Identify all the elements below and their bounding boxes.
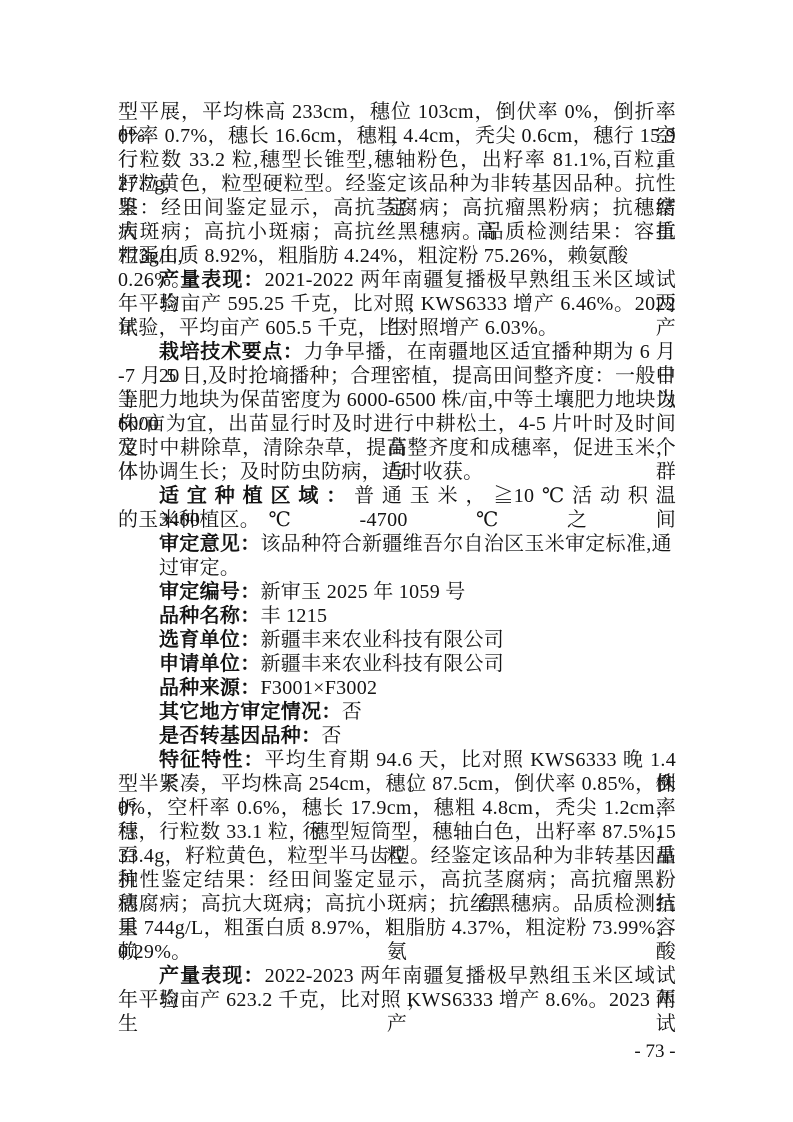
text-line: 年平均亩产 623.2 千克，比对照 KWS6333 增产 8.6%。2023 … — [118, 988, 676, 1012]
text-line: 行，行粒数 33.1 粒，穗型短筒型，穗轴白色，出籽率 87.5%，百粒重 — [118, 820, 676, 844]
field-label: 审定编号： — [159, 581, 261, 603]
text-line: 型平展，平均株高 233cm，穗位 103cm，倒伏率 0%，倒折率 0%，空 — [118, 100, 676, 124]
field-label: 其它地方审定情况： — [159, 701, 342, 723]
line-text: 的玉米种植区。 — [118, 509, 260, 531]
text-line: 选育单位：新疆丰来农业科技有限公司 — [118, 628, 676, 652]
line-text: 重 744g/L，粗蛋白质 8.97%，粗脂肪 4.37%，粗淀粉 73.99%… — [118, 917, 676, 963]
field-label: 审定意见： — [159, 533, 261, 555]
text-line: 株/亩为宜，出苗显行时及时进行中耕松土，4-5 片叶时及时间定苗， — [118, 412, 676, 436]
text-line: 品种名称：丰 1215 — [118, 604, 676, 628]
field-label: 品种名称： — [159, 605, 261, 627]
line-text: 年平均亩产 623.2 千克，比对照 KWS6333 增产 8.6%。2023 … — [118, 989, 676, 1035]
field-label: 栽培技术要点： — [159, 341, 304, 363]
field-label: 产量表现： — [159, 269, 265, 291]
line-text: 新疆丰来农业科技有限公司 — [261, 629, 505, 651]
text-line: 品种来源：F3001×F3002 — [118, 676, 676, 700]
text-line: 粗蛋白质 8.92%，粗脂肪 4.24%，粗淀粉 75.26%，赖氨酸 0.26… — [118, 244, 676, 268]
text-line: 是否转基因品种：否 — [118, 724, 676, 748]
text-line: 籽粒黄色，粒型硬粒型。经鉴定该品种为非转基因品种。抗性鉴定结 — [118, 172, 676, 196]
text-line: 行粒数 33.2 粒,穗型长锥型,穗轴粉色，出籽率 81.1%,百粒重 27.7… — [118, 148, 676, 172]
field-label: 品种来源： — [159, 677, 261, 699]
page-number: - 73 - — [600, 1040, 710, 1064]
text-line: 栽培技术要点：力争早播，在南疆地区适宜播种期为 6 月 20 日 — [118, 340, 676, 364]
line-text: 否 — [321, 725, 341, 747]
line-text: 试验，平均亩产 605.5 千克，比对照增产 6.03%。 — [118, 317, 558, 339]
text-line: 产量表现：2022-2023 两年南疆复播极早熟组玉米区域试验，两 — [118, 964, 676, 988]
field-label: 特征特性： — [159, 749, 265, 771]
text-line: 抗性鉴定结果：经田间鉴定显示，高抗茎腐病；高抗瘤黑粉病；高抗 — [118, 868, 676, 892]
field-label: 是否转基因品种： — [159, 725, 321, 747]
line-text: 0.29%。 — [118, 941, 191, 963]
text-line: 33.4g，籽粒黄色，粒型半马齿型。经鉴定该品种为非转基因品种。 — [118, 844, 676, 868]
text-line: 审定编号：新审玉 2025 年 1059 号 — [118, 580, 676, 604]
text-line: 0%，空杆率 0.6%，穗长 17.9cm，穗粗 4.8cm，秃尖 1.2cm，… — [118, 796, 676, 820]
line-text: 体协调生长；及时防虫防病，适时收获。 — [118, 461, 483, 483]
text-line: 上肥力地块为保苗密度为 6000-6500 株/亩,中等土壤肥力地块为 6000 — [118, 388, 676, 412]
text-line: 其它地方审定情况：否 — [118, 700, 676, 724]
line-text: F3001×F3002 — [261, 677, 378, 699]
line-text: 新疆丰来农业科技有限公司 — [261, 653, 505, 675]
text-line: 杆率 0.7%，穗长 16.6cm，穗粗 4.4cm，秃尖 0.6cm，穗行 1… — [118, 124, 676, 148]
text-line: 申请单位：新疆丰来农业科技有限公司 — [118, 652, 676, 676]
text-line: 审定意见：该品种符合新疆维吾尔自治区玉米审定标准,通过审定。 — [118, 532, 676, 556]
text-line: -7 月 5 日,及时抢墒播种；合理密植，提高田间整齐度：一般中等以 — [118, 364, 676, 388]
text-line: 穗腐病；高抗大斑病；高抗小斑病；抗丝黑穗病。品质检测结果：容 — [118, 892, 676, 916]
line-text: 丰 1215 — [261, 605, 328, 627]
text-line: 重 744g/L，粗蛋白质 8.97%，粗脂肪 4.37%，粗淀粉 73.99%… — [118, 916, 676, 940]
text-line: 适宜种植区域：普通玉米，≧10℃活动积温 3400℃-4700℃之间 — [118, 484, 676, 508]
text-line: 果：经田间鉴定显示，高抗茎腐病；高抗瘤黑粉病；抗穗腐病；高抗 — [118, 196, 676, 220]
line-text: 否 — [342, 701, 362, 723]
text-line: 大斑病；高抗小斑病；高抗丝黑穗病。品质检测结果：容重 773g/L, — [118, 220, 676, 244]
field-label: 选育单位： — [159, 629, 261, 651]
field-label: 产量表现： — [159, 965, 265, 987]
line-text: 新审玉 2025 年 1059 号 — [261, 581, 466, 603]
text-line: 年平均亩产 595.25 千克，比对照 KWS6333 增产 6.46%。202… — [118, 292, 676, 316]
field-label: 申请单位： — [159, 653, 261, 675]
document-page: 型平展，平均株高 233cm，穗位 103cm，倒伏率 0%，倒折率 0%，空杆… — [0, 0, 793, 1122]
text-line: 特征特性：平均生育期 94.6 天，比对照 KWS6333 晚 1.4 天。株 — [118, 748, 676, 772]
text-line: 及时中耕除草，清除杂草，提高整齐度和成穗率，促进玉米个体与群 — [118, 436, 676, 460]
text-line: 产量表现：2021-2022 两年南疆复播极早熟组玉米区域试验，两 — [118, 268, 676, 292]
field-label: 适宜种植区域： — [159, 485, 354, 507]
text-line: 型半紧凑，平均株高 254cm，穗位 87.5cm，倒伏率 0.85%，倒折率 — [118, 772, 676, 796]
document-body: 型平展，平均株高 233cm，穗位 103cm，倒伏率 0%，倒折率 0%，空杆… — [118, 100, 676, 1012]
